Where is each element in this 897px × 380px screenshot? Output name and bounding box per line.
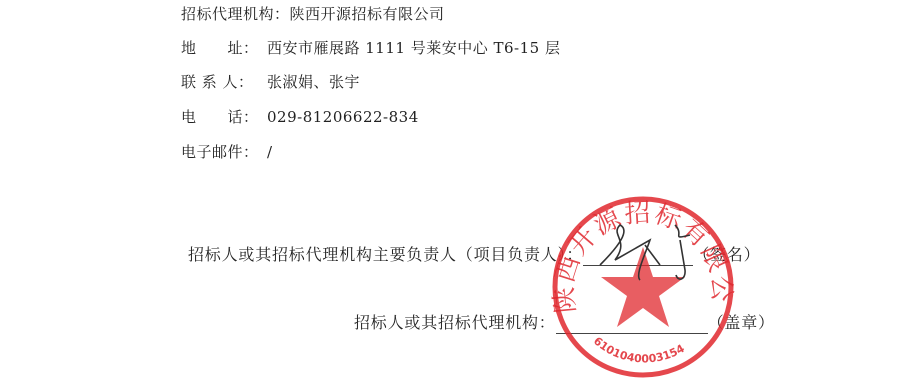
contact-row: 联 系 人：张淑娟、张宇: [181, 72, 360, 92]
phone-label: 电 话：: [181, 107, 267, 127]
address-label: 地 址：: [181, 38, 267, 58]
handwritten-signature-icon: [590, 220, 710, 290]
email-label: 电子邮件：: [181, 142, 267, 162]
contact-label: 联 系 人：: [181, 72, 267, 92]
address-row: 地 址：西安市雁展路 1111 号莱安中心 T6-15 层: [181, 38, 560, 58]
address-value: 西安市雁展路 1111 号莱安中心 T6-15 层: [267, 39, 560, 57]
email-row: 电子邮件：/: [181, 142, 273, 162]
email-value: /: [267, 143, 273, 161]
organization-label: 招标人或其招标代理机构：: [354, 313, 556, 332]
contact-value: 张淑娟、张宇: [267, 73, 360, 91]
phone-value: 029-81206622-834: [267, 108, 419, 126]
agency-value: 陕西开源招标有限公司: [290, 5, 445, 23]
phone-row: 电 话：029-81206622-834: [181, 107, 419, 127]
stamp-number: 6101040003154: [591, 334, 687, 365]
agency-label: 招标代理机构：: [181, 4, 290, 24]
agency-row: 招标代理机构：陕西开源招标有限公司: [181, 4, 445, 24]
svg-text:6101040003154: 6101040003154: [591, 334, 687, 365]
responsible-person-label: 招标人或其招标代理机构主要负责人（项目负责人）：: [188, 245, 583, 264]
